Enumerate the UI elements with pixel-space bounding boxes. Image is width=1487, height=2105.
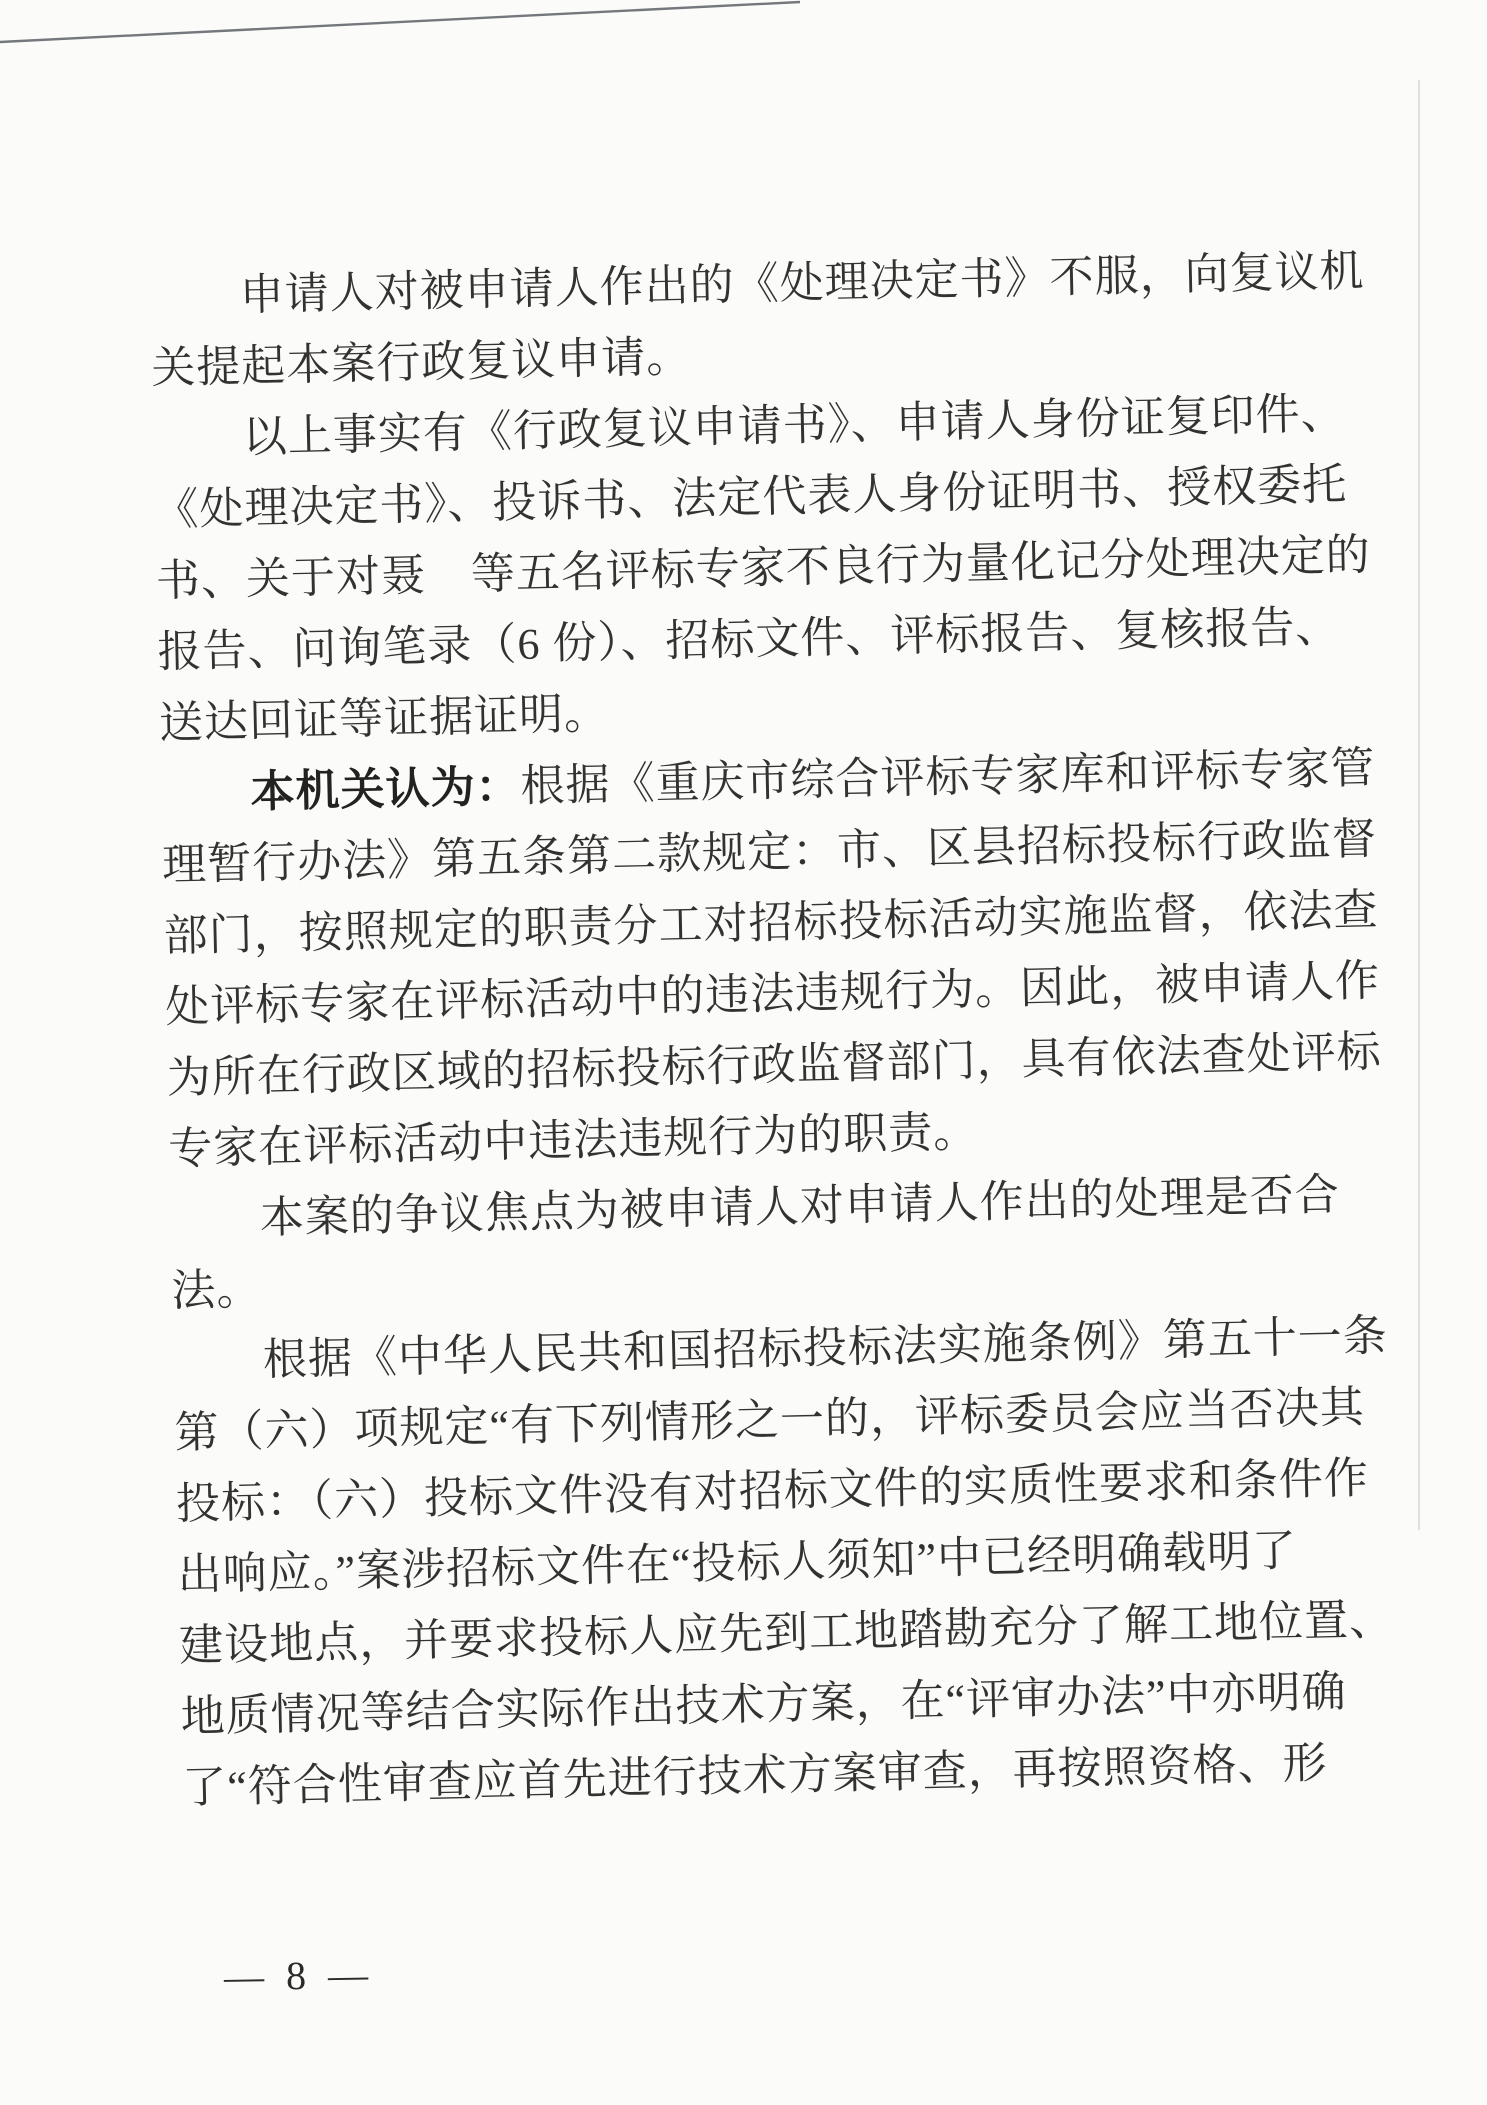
page-number: — 8 —	[224, 1951, 375, 2001]
text-run: 法。	[171, 1265, 262, 1316]
text-run: 出响应。”案涉招标文件在“投标人须知”中已经明确载明了	[177, 1526, 1297, 1599]
text-run: 申请人对被申请人作出的《处理决定书》不服，向复议机	[239, 246, 1365, 320]
scanned-document-page: 申请人对被申请人作出的《处理决定书》不服，向复议机 关提起本案行政复议申请。 以…	[0, 0, 1487, 2105]
scan-artifact-vertical-line	[1418, 80, 1420, 1530]
text-run: 本案的争议焦点为被申请人对申请人作出的处理是否合	[259, 1170, 1340, 1243]
text-run: 以上事实有《行政复议申请书》、申请人身份证复印件、	[242, 389, 1346, 462]
document-body: 申请人对被申请人作出的《处理决定书》不服，向复议机 关提起本案行政复议申请。 以…	[149, 236, 1393, 1824]
text-run: 送达回证等证据证明。	[159, 689, 610, 748]
text-run: 报告、问询笔录（6 份）、招标文件、评标报告、复核报告、	[157, 602, 1341, 677]
scan-artifact-diagonal-line	[0, 0, 820, 50]
bold-run: 本机关认为：	[250, 762, 521, 817]
text-run: 专家在评标活动中违法违规行为的职责。	[168, 1107, 979, 1174]
text-run: 了“符合性审查应首先进行技术方案审查，再按照资格、形	[182, 1739, 1328, 1813]
text-run: 根据《重庆市综合评标专家库和评标专家管	[520, 743, 1376, 811]
text-run: 关提起本案行政复议申请。	[151, 332, 692, 393]
text-run: 根据《中华人民共和国招标投标法实施条例》第五十一条	[262, 1311, 1388, 1385]
